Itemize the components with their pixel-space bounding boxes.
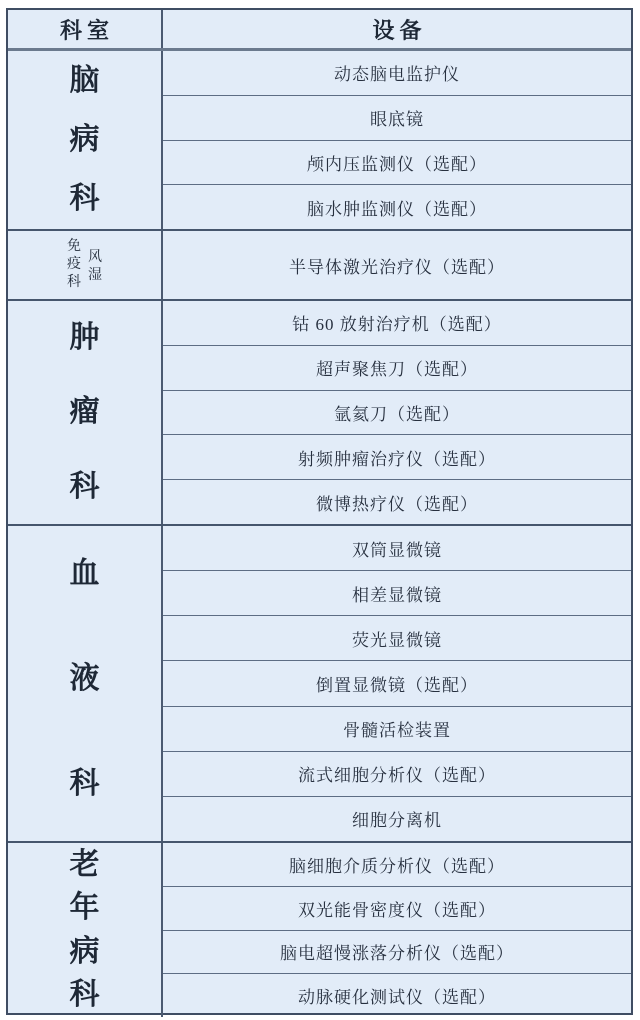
table-row: 半导体激光治疗仪（选配）: [163, 231, 631, 299]
dept-label: 脑病科: [70, 41, 100, 239]
device-label: 双光能骨密度仪（选配）: [298, 896, 496, 921]
section-rheumatology-immunology: 免疫科 风湿 半导体激光治疗仪（选配）: [8, 231, 631, 301]
dept-cell-brain-disease: 脑病科: [8, 51, 163, 229]
device-rows: 动态脑电监护仪 眼底镜 颅内压监测仪（选配） 脑水肿监测仪（选配）: [163, 51, 631, 229]
table-row: 动脉硬化测试仪（选配）: [163, 974, 631, 1017]
table-row: 氩氦刀（选配）: [163, 391, 631, 436]
device-label: 脑水肿监测仪（选配）: [307, 195, 487, 220]
table-row: 荧光显微镜: [163, 616, 631, 661]
table-row: 微博热疗仪（选配）: [163, 480, 631, 524]
device-label: 脑电超慢涨落分析仪（选配）: [280, 939, 514, 964]
dept-label: 老年病科: [70, 839, 100, 1020]
device-label: 超声聚焦刀（选配）: [316, 355, 478, 380]
device-label: 钴 60 放射治疗机（选配）: [292, 310, 502, 335]
header-cell-equipment: 设备: [163, 10, 631, 48]
table-row: 射频肿瘤治疗仪（选配）: [163, 435, 631, 480]
section-geriatrics: 老年病科 脑细胞介质分析仪（选配） 双光能骨密度仪（选配） 脑电超慢涨落分析仪（…: [8, 843, 631, 1017]
device-rows: 脑细胞介质分析仪（选配） 双光能骨密度仪（选配） 脑电超慢涨落分析仪（选配） 动…: [163, 843, 631, 1017]
device-label: 脑细胞介质分析仪（选配）: [289, 852, 505, 877]
section-oncology: 肿瘤科 钴 60 放射治疗机（选配） 超声聚焦刀（选配） 氩氦刀（选配） 射频肿…: [8, 301, 631, 526]
device-label: 动态脑电监护仪: [334, 60, 460, 85]
table-row: 脑电超慢涨落分析仪（选配）: [163, 931, 631, 975]
table-row: 流式细胞分析仪（选配）: [163, 752, 631, 797]
table-header-row: 科室 设备: [8, 10, 631, 51]
table-row: 眼底镜: [163, 96, 631, 141]
device-label: 动脉硬化测试仪（选配）: [298, 983, 496, 1008]
page: 科室 设备 脑病科 动态脑电监护仪 眼底镜 颅内压监测仪（选配） 脑水肿监测仪（…: [0, 0, 640, 1020]
table-row: 脑水肿监测仪（选配）: [163, 185, 631, 229]
table-row: 相差显微镜: [163, 571, 631, 616]
equipment-table: 科室 设备 脑病科 动态脑电监护仪 眼底镜 颅内压监测仪（选配） 脑水肿监测仪（…: [6, 8, 633, 1015]
table-row: 双筒显微镜: [163, 526, 631, 571]
table-row: 动态脑电监护仪: [163, 51, 631, 96]
dept-cell-geriatrics: 老年病科: [8, 843, 163, 1017]
table-row: 骨髓活检装置: [163, 707, 631, 752]
device-label: 眼底镜: [370, 105, 424, 130]
device-label: 半导体激光治疗仪（选配）: [289, 253, 505, 278]
device-label: 细胞分离机: [352, 806, 442, 831]
table-row: 倒置显微镜（选配）: [163, 661, 631, 706]
table-row: 钴 60 放射治疗机（选配）: [163, 301, 631, 346]
device-label: 氩氦刀（选配）: [334, 400, 460, 425]
table-row: 脑细胞介质分析仪（选配）: [163, 843, 631, 887]
device-rows: 钴 60 放射治疗机（选配） 超声聚焦刀（选配） 氩氦刀（选配） 射频肿瘤治疗仪…: [163, 301, 631, 524]
table-row: 颅内压监测仪（选配）: [163, 141, 631, 186]
device-label: 荧光显微镜: [352, 626, 442, 651]
table-row: 细胞分离机: [163, 797, 631, 841]
device-rows: 半导体激光治疗仪（选配）: [163, 231, 631, 299]
device-label: 流式细胞分析仪（选配）: [298, 761, 496, 786]
dept-label-right-column: 风湿: [88, 249, 102, 285]
table-row: 超声聚焦刀（选配）: [163, 346, 631, 391]
device-label: 相差显微镜: [352, 581, 442, 606]
device-rows: 双筒显微镜 相差显微镜 荧光显微镜 倒置显微镜（选配） 骨髓活检装置 流式细胞分…: [163, 526, 631, 841]
device-label: 双筒显微镜: [352, 536, 442, 561]
device-label: 颅内压监测仪（选配）: [307, 150, 487, 175]
dept-label-left-column: 免疫科: [67, 238, 81, 292]
device-label: 倒置显微镜（选配）: [316, 671, 478, 696]
table-row: 双光能骨密度仪（选配）: [163, 887, 631, 931]
section-hematology: 血液科 双筒显微镜 相差显微镜 荧光显微镜 倒置显微镜（选配） 骨髓活检装置 流…: [8, 526, 631, 843]
device-label: 骨髓活检装置: [343, 716, 451, 741]
dept-cell-hematology: 血液科: [8, 526, 163, 841]
device-label: 射频肿瘤治疗仪（选配）: [298, 445, 496, 470]
section-brain-disease: 脑病科 动态脑电监护仪 眼底镜 颅内压监测仪（选配） 脑水肿监测仪（选配）: [8, 51, 631, 231]
device-label: 微博热疗仪（选配）: [316, 490, 478, 515]
dept-label: 血液科: [70, 489, 100, 878]
